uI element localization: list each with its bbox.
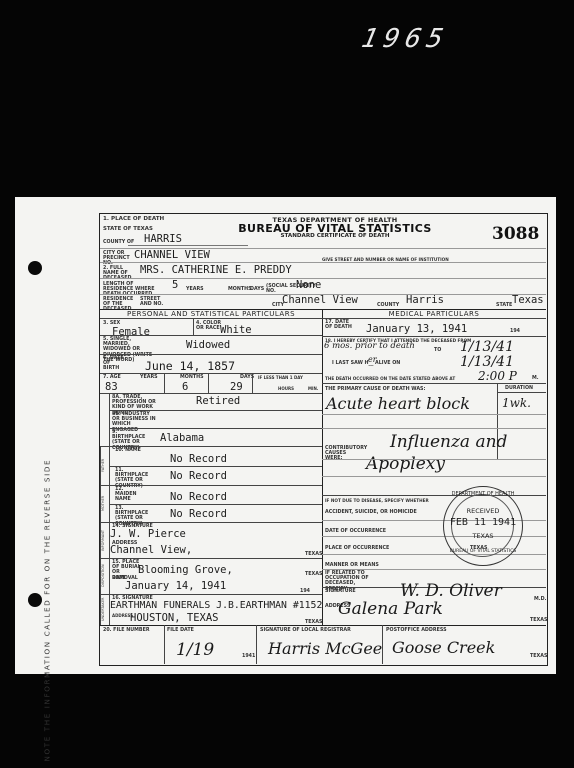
father-birthplace: No Record	[170, 470, 227, 482]
birthplace-value: Alabama	[160, 432, 204, 444]
occurrence-date-label: DATE OF OCCURRENCE	[325, 529, 386, 534]
received-stamp: DEPARTMENT OF HEALTH RECEIVED FEB 11 194…	[443, 486, 523, 566]
stamp-state: TEXAS	[444, 532, 522, 540]
file-number-label: 20. FILE NUMBER	[103, 628, 150, 633]
deceased-name: MRS. CATHERINE E. PREDDY	[140, 264, 292, 276]
occupation-value: Retired	[196, 395, 240, 407]
residence-state: Texas	[512, 294, 544, 306]
attended-to: 1/13/41	[460, 339, 514, 355]
primary-cause-label: THE PRIMARY CAUSE OF DEATH WAS:	[325, 387, 425, 392]
age-months-label: MONTHS	[180, 375, 204, 380]
less-than-day-label: IF LESS THAN 1 DAY	[258, 375, 303, 380]
undertaker-signature: EARTHMAN FUNERALS J.B.EARTHMAN #1152	[110, 600, 322, 611]
signature-label: SIGNATURE	[325, 589, 356, 594]
certificate-subtitle: STANDARD CERTIFICATE OF DEATH	[250, 233, 420, 239]
mother-maiden-label: 12. MAIDEN NAME	[115, 487, 145, 503]
postoffice-texas-label: TEXAS	[530, 654, 547, 659]
stamp-top-text: DEPARTMENT OF HEALTH	[444, 491, 522, 497]
side-tab-informant: INFORMANT	[100, 522, 108, 558]
undertaker-address: HOUSTON, TEXAS	[130, 612, 219, 624]
place-of-death-label: 1. PLACE OF DEATH	[103, 217, 164, 222]
residence-length-label: LENGTH OF RESIDENCE WHERE DEATH OCCURRED	[103, 282, 157, 298]
residence-city: Channel View	[282, 294, 358, 306]
accident-label: ACCIDENT, SUICIDE, OR HOMICIDE	[325, 510, 417, 515]
attended-from: 6 mos. prior to death	[324, 341, 415, 351]
marital-value: Widowed	[186, 339, 230, 351]
death-certificate-form: 1. PLACE OF DEATH STATE OF TEXAS TEXAS D…	[99, 213, 548, 666]
informant-texas-label: TEXAS	[305, 552, 322, 557]
side-tab-undertaker: UNDERTAKER	[100, 594, 108, 625]
occurrence-place-label: PLACE OF OCCURRENCE	[325, 546, 389, 551]
last-saw-date: 1/13/41	[460, 354, 514, 370]
punch-hole-bottom	[28, 593, 42, 607]
registrar-label: SIGNATURE OF LOCAL REGISTRAR	[260, 628, 351, 633]
primary-cause: Acute heart block	[326, 394, 470, 413]
contributory-cause-1: Influenza and	[390, 432, 507, 452]
age-label: 7. AGE	[103, 375, 121, 380]
punch-hole-top	[28, 261, 42, 275]
duration-label: DURATION	[505, 386, 533, 391]
mother-birthplace: No Record	[170, 508, 227, 520]
age-years: 83	[105, 381, 118, 393]
min-label: MIN.	[308, 386, 318, 391]
stamp-bottom-text: BUREAU OF VITAL STATISTICS	[444, 549, 522, 554]
burial-place: Blooming Grove,	[138, 564, 233, 576]
last-saw-label: I LAST SAW H__ ALIVE ON	[332, 361, 400, 366]
md-label: M.D.	[534, 597, 546, 602]
duration-value: 1wk.	[502, 396, 531, 410]
burial-date-label: DATE	[112, 576, 126, 581]
personal-section-title: PERSONAL AND STATISTICAL PARTICULARS	[100, 310, 322, 318]
residence-county-label: COUNTY	[377, 303, 399, 308]
street-label: STREET AND NO.	[140, 297, 164, 307]
city-value: CHANNEL VIEW	[134, 249, 210, 261]
death-date: January 13, 1941	[366, 323, 467, 335]
days-label: DAYS	[250, 287, 264, 292]
ssn-value: None	[296, 279, 321, 291]
mother-maiden: No Record	[170, 491, 227, 503]
physician-address: Galena Park	[338, 599, 443, 619]
contributory-cause-2: Apoplexy	[366, 454, 445, 474]
father-name-label: 10. NAME	[115, 448, 141, 453]
attended-to-label: TO	[434, 348, 441, 353]
full-name-label: 2. FULL NAME OF DECEASED	[103, 266, 133, 282]
months-label: MONTHS	[228, 287, 252, 292]
occurred-time: 2:00 P	[478, 369, 517, 383]
state-label: STATE OF TEXAS	[103, 227, 153, 232]
dob-value: June 14, 1857	[145, 359, 235, 373]
burial-date: January 14, 1941	[125, 580, 226, 592]
age-years-label: YEARS	[140, 375, 158, 380]
postoffice-address: Goose Creek	[392, 638, 495, 657]
file-date-label: FILE DATE	[167, 628, 194, 633]
residence-county: Harris	[406, 294, 444, 306]
medical-section-title: MEDICAL PARTICULARS	[322, 310, 546, 318]
manner-label: MANNER OR MEANS	[325, 563, 379, 568]
m-label: M.	[532, 376, 539, 381]
physician-texas-label: TEXAS	[530, 618, 547, 623]
side-tab-mother: MOTHER	[100, 485, 108, 522]
file-year: 1941	[242, 654, 255, 659]
burial-texas-label: TEXAS	[305, 572, 322, 577]
year-stamp: 1965	[359, 24, 452, 54]
postoffice-label: POSTOFFICE ADDRESS	[386, 628, 447, 633]
years-label: YEARS	[186, 287, 204, 292]
county-value: HARRIS	[144, 233, 182, 245]
death-year-suffix: 194	[510, 329, 520, 334]
certificate-number: 3088	[492, 224, 539, 244]
hours-label: HOURS	[278, 386, 294, 391]
age-months: 6	[182, 381, 188, 393]
last-saw-pronoun: er	[368, 355, 377, 364]
file-date: 1/19	[176, 640, 214, 660]
informant-address: Channel View,	[110, 544, 192, 556]
death-date-label: 17. DATE OF DEATH	[325, 320, 355, 330]
side-tab-father: FATHER	[100, 446, 108, 485]
side-note: NOTE THE INFORMATION CALLED FOR ON THE R…	[43, 462, 52, 762]
dob-label: 6. DATE OF BIRTH	[103, 356, 127, 372]
side-tab-disposition: DISPOSITION	[100, 558, 108, 594]
residence-state-label: STATE	[496, 303, 512, 308]
residence-years: 5	[172, 279, 178, 291]
stamp-date: FEB 11 1941	[444, 517, 522, 528]
registrar-signature: Harris McGee	[268, 639, 382, 658]
occurred-label: THE DEATH OCCURRED ON THE DATE STATED AB…	[325, 376, 455, 381]
informant-signature: J. W. Pierce	[110, 528, 186, 540]
stamp-received: RECEIVED	[444, 507, 522, 515]
age-days: 29	[230, 381, 243, 393]
physician-signature: W. D. Oliver	[400, 581, 502, 601]
not-disease-label: IF NOT DUE TO DISEASE, SPECIFY WHETHER	[325, 498, 429, 503]
city-label: CITY OR PRECINCT NO.	[103, 251, 131, 267]
father-name: No Record	[170, 453, 227, 465]
